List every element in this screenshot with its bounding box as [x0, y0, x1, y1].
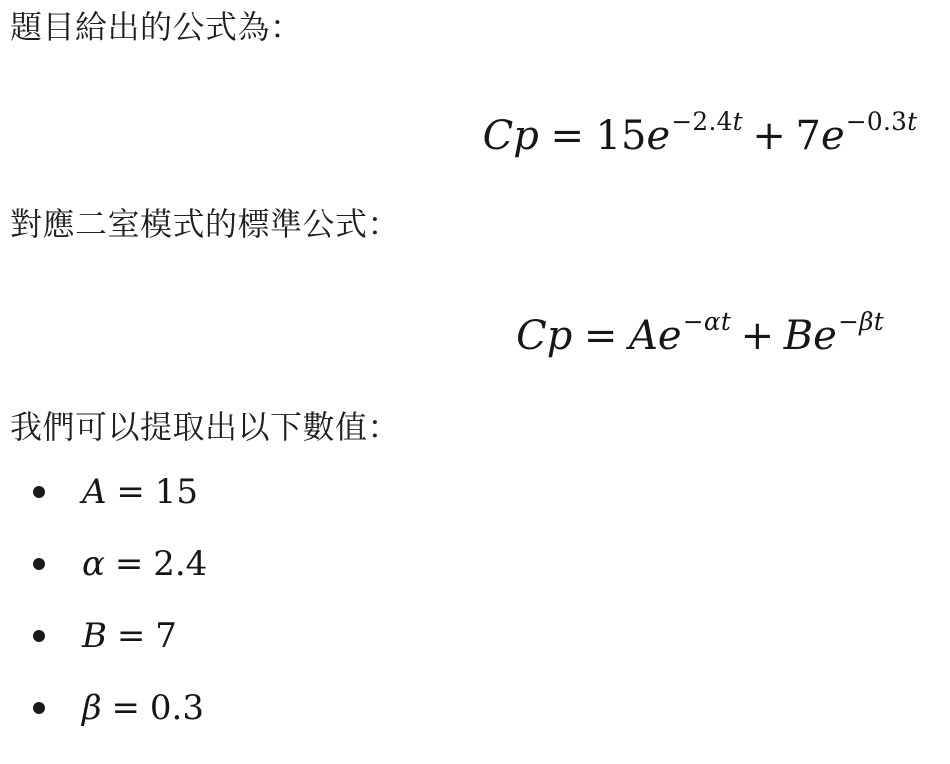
term1-exponent-variable: t: [733, 107, 743, 136]
value-equation: B=7: [82, 616, 177, 656]
paragraph-extracted-values-intro: 我們可以提取出以下數值：: [10, 408, 950, 446]
math-lhs: Cp: [483, 113, 539, 159]
value-number: 7: [155, 616, 177, 656]
bullet-icon: [33, 486, 45, 498]
value-symbol: A: [82, 472, 107, 512]
term1-coefficient: A: [629, 313, 658, 359]
bullet-icon: [33, 630, 45, 642]
list-item-beta: β=0.3: [0, 686, 950, 730]
term1-coefficient: 15: [596, 113, 647, 159]
bullet-icon: [33, 558, 45, 570]
term2-euler-base: e: [813, 313, 837, 359]
term2-exponent-number: −0.3: [846, 107, 907, 136]
term2-exponent: −0.3t: [846, 107, 917, 136]
value-equation: β=0.3: [82, 688, 204, 728]
term2-exponent: −βt: [838, 307, 884, 336]
term1-exponent: −2.4t: [671, 107, 742, 136]
equals-sign: =: [115, 544, 144, 584]
term2-coefficient: B: [784, 313, 813, 359]
display-formula-standard: Cp=Ae−αt+Be−βt: [0, 312, 950, 360]
math-expression: Cp=Ae−αt+Be−βt: [516, 313, 884, 359]
value-number: 2.4: [153, 544, 207, 584]
equals-sign: =: [584, 313, 618, 359]
paragraph-given-formula-intro: 題目給出的公式為：: [10, 8, 950, 46]
value-symbol: B: [82, 616, 107, 656]
value-symbol: α: [82, 544, 105, 584]
equals-sign: =: [112, 688, 141, 728]
list-item-A: A=15: [0, 470, 950, 514]
term1-exponent-variables: αt: [704, 307, 731, 336]
list-item-B: B=7: [0, 614, 950, 658]
math-expression: Cp=15e−2.4t+7e−0.3t: [483, 113, 918, 159]
term1-exponent: −αt: [683, 307, 731, 336]
term1-euler-base: e: [658, 313, 682, 359]
equals-sign: =: [116, 472, 145, 512]
value-number: 15: [155, 472, 198, 512]
term2-exponent-variables: βt: [859, 307, 884, 336]
paragraph-standard-formula-intro: 對應二室模式的標準公式：: [10, 205, 950, 243]
term1-exponent-number: −2.4: [671, 107, 732, 136]
term2-exponent-variable: t: [907, 107, 917, 136]
plus-sign: +: [741, 313, 775, 359]
plus-sign: +: [752, 113, 786, 159]
value-equation: A=15: [82, 472, 198, 512]
value-symbol: β: [82, 688, 102, 728]
list-item-alpha: α=2.4: [0, 542, 950, 586]
term1-exponent-minus: −: [683, 307, 704, 336]
term2-exponent-minus: −: [838, 307, 859, 336]
value-equation: α=2.4: [82, 544, 207, 584]
equals-sign: =: [550, 113, 584, 159]
bullet-icon: [33, 702, 45, 714]
term2-coefficient: 7: [796, 113, 821, 159]
value-number: 0.3: [150, 688, 204, 728]
equals-sign: =: [117, 616, 146, 656]
document-content: 題目給出的公式為： Cp=15e−2.4t+7e−0.3t 對應二室模式的標準公…: [0, 8, 950, 764]
display-formula-given: Cp=15e−2.4t+7e−0.3t: [0, 112, 950, 160]
term2-euler-base: e: [821, 113, 845, 159]
math-lhs: Cp: [516, 313, 572, 359]
term1-euler-base: e: [646, 113, 670, 159]
extracted-values-list: A=15 α=2.4 B=7 β=0.3: [0, 470, 950, 730]
